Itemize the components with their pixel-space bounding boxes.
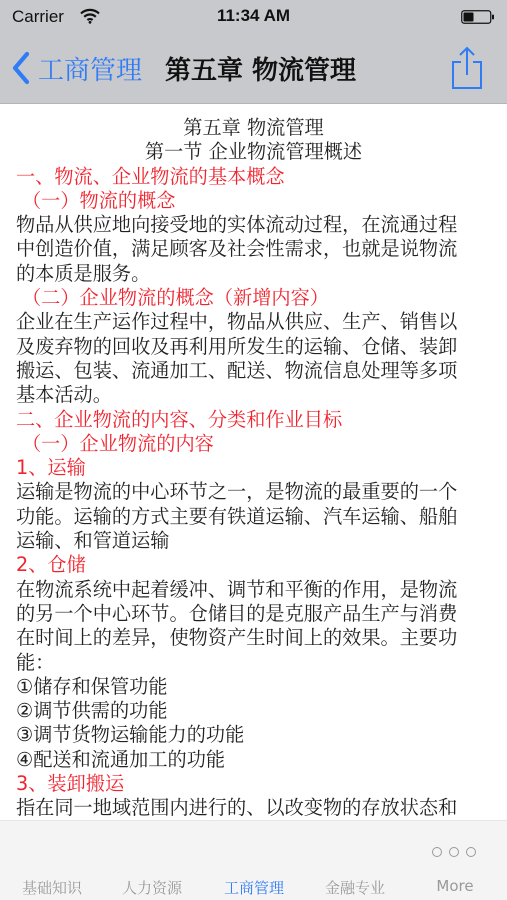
body-text: 功能。运输的方式主要有铁道运输、汽车运输、船舶: [16, 505, 491, 529]
list-item: ③调节货物运输能力的功能: [16, 723, 491, 747]
body-text: 运输是物流的中心环节之一，是物流的最重要的一个: [16, 480, 491, 504]
body-text: 运输、和管道运输: [16, 529, 491, 553]
body-text: 的另一个中心环节。仓储目的是克服产品生产与消费: [16, 602, 491, 626]
back-button[interactable]: 工商管理: [10, 48, 142, 88]
body-text: 能：: [16, 651, 491, 675]
status-bar: Carrier 11:34 AM: [0, 0, 507, 36]
numbered-heading: 2、仓储: [16, 553, 491, 577]
list-item: ④配送和流通加工的功能: [16, 748, 491, 772]
top-bar: Carrier 11:34 AM 工商管理 第五章 物流管理: [0, 0, 507, 104]
body-text: 在时间上的差异，使物资产生时间上的效果。主要功: [16, 626, 491, 650]
tab-more[interactable]: More: [405, 877, 505, 895]
subheading: （二）企业物流的概念（新增内容）: [16, 286, 491, 310]
body-text: 指在同一地域范围内进行的、以改变物的存放状态和: [16, 796, 491, 820]
body-text: 的本质是服务。: [16, 262, 491, 286]
heading: 一、物流、企业物流的基本概念: [16, 165, 491, 189]
battery-icon: [461, 10, 495, 24]
body-text: 企业在生产运作过程中，物品从供应、生产、销售以: [16, 310, 491, 334]
navigation-bar: 工商管理 第五章 物流管理: [0, 36, 507, 104]
list-item: ②调节供需的功能: [16, 699, 491, 723]
body-text: 基本活动。: [16, 383, 491, 407]
page-title: 第五章 物流管理: [165, 50, 356, 87]
clock: 11:34 AM: [0, 6, 507, 26]
body-text: 物品从供应地向接受地的实体流动过程，在流通过程: [16, 213, 491, 237]
tab-basic-knowledge[interactable]: 基础知识: [2, 877, 102, 898]
body-text: 搬运、包装、流通加工、配送、物流信息处理等多项: [16, 359, 491, 383]
body-text: 及废弃物的回收及再利用所发生的运输、仓储、装卸: [16, 335, 491, 359]
tab-business-management[interactable]: 工商管理: [204, 877, 304, 898]
tab-finance[interactable]: 金融专业: [305, 877, 405, 898]
chevron-left-icon: [10, 51, 32, 85]
numbered-heading: 1、运输: [16, 456, 491, 480]
article-content[interactable]: 第五章 物流管理 第一节 企业物流管理概述 一、物流、企业物流的基本概念 （一）…: [0, 104, 507, 820]
chapter-title: 第五章 物流管理: [16, 116, 491, 140]
list-item: ①储存和保管功能: [16, 675, 491, 699]
ellipsis-icon[interactable]: [432, 845, 476, 859]
subheading: （一）企业物流的内容: [16, 432, 491, 456]
back-button-label: 工商管理: [38, 50, 142, 87]
share-icon[interactable]: [449, 44, 485, 92]
tab-bar: 基础知识 人力资源 工商管理 金融专业 More: [0, 820, 507, 900]
section-title: 第一节 企业物流管理概述: [16, 140, 491, 164]
body-text: 在物流系统中起着缓冲、调节和平衡的作用，是物流: [16, 578, 491, 602]
numbered-heading: 3、装卸搬运: [16, 772, 491, 796]
tab-human-resources[interactable]: 人力资源: [102, 877, 202, 898]
heading: 二、企业物流的内容、分类和作业目标: [16, 408, 491, 432]
subheading: （一）物流的概念: [16, 189, 491, 213]
body-text: 中创造价值，满足顾客及社会性需求，也就是说物流: [16, 237, 491, 261]
